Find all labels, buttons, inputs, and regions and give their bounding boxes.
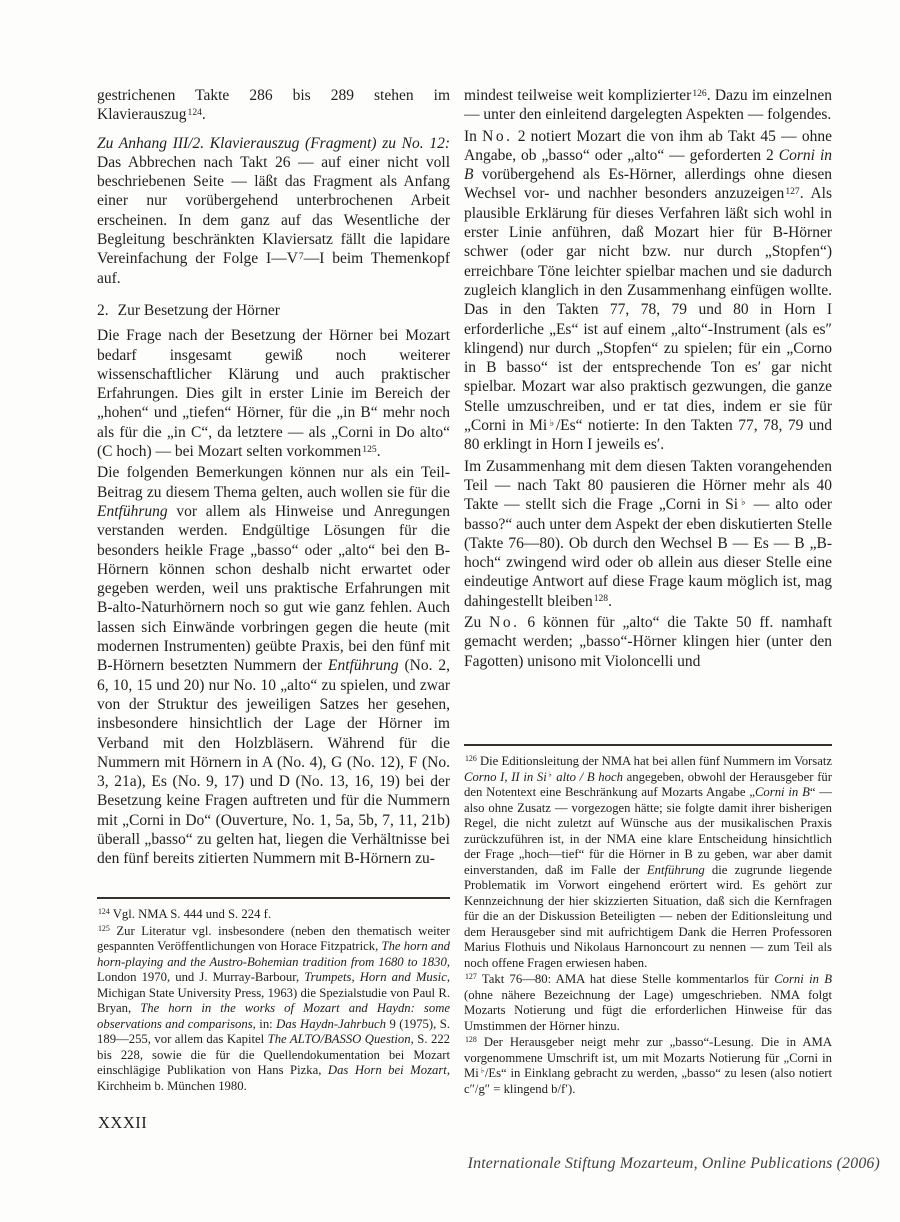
footnote-124: 124 Vgl. NMA S. 444 und S. 224 f. (97, 907, 450, 923)
footnote-rule (97, 897, 450, 899)
right-column-text: mindest teilweise weit komplizierter126.… (464, 86, 832, 739)
section-heading: 2.Zur Besetzung der Hörner (97, 301, 450, 320)
paragraph: Im Zusammenhang mit dem diesen Takten vo… (464, 457, 832, 611)
paragraph: In No. 2 notiert Mozart die von ihm ab T… (464, 127, 832, 455)
left-column: gestrichenen Takte 286 bis 289 stehen im… (97, 86, 450, 895)
document-page: gestrichenen Takte 286 bis 289 stehen im… (0, 0, 900, 1222)
footnote-128: 128 Der Herausgeber neigt mehr zur „bass… (464, 1035, 832, 1097)
paragraph: Zu No. 6 können für „alto“ die Takte 50 … (464, 613, 832, 671)
footnote-125: 125 Zur Literatur vgl. insbesondere (neb… (97, 924, 450, 1095)
footnote-rule (464, 744, 832, 746)
paragraph: gestrichenen Takte 286 bis 289 stehen im… (97, 86, 450, 125)
footnote-127: 127 Takt 76—80: AMA hat diese Stelle kom… (464, 972, 832, 1034)
left-footnotes: 124 Vgl. NMA S. 444 und S. 224 f. 125 Zu… (97, 897, 450, 1094)
footer-credit: Internationale Stiftung Mozarteum, Onlin… (468, 1155, 880, 1173)
right-column: mindest teilweise weit komplizierter126.… (464, 86, 832, 739)
paragraph: Zu Anhang III/2. Klavierauszug (Fragment… (97, 134, 450, 288)
right-footnotes: 126 Die Editionsleitung der NMA hat bei … (464, 744, 832, 1097)
footnote-126: 126 Die Editionsleitung der NMA hat bei … (464, 754, 832, 971)
paragraph: mindest teilweise weit komplizierter126.… (464, 86, 832, 125)
page-number: XXXII (98, 1113, 147, 1133)
paragraph: Die Frage nach der Besetzung der Hörner … (97, 326, 450, 461)
left-column-text: gestrichenen Takte 286 bis 289 stehen im… (97, 86, 450, 895)
paragraph: Die folgenden Bemerkungen können nur als… (97, 463, 450, 868)
